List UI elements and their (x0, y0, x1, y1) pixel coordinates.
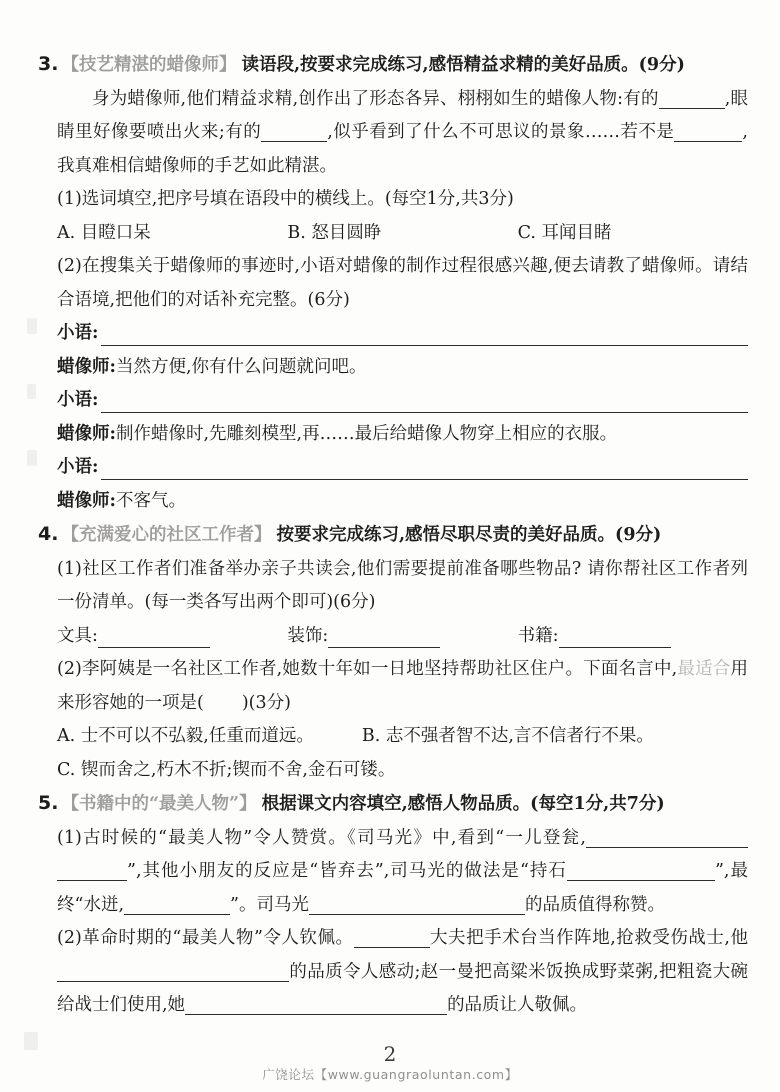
blank-line (57, 860, 127, 881)
answer-line (101, 317, 748, 346)
dialogue-row: 小语: (57, 384, 748, 418)
worksheet-page: 3.【技艺精湛的蜡像师】读语段,按要求完成练习,感悟精益求精的美好品质。(9分)… (0, 0, 780, 1092)
list-item-stationery: 文具: (57, 620, 287, 654)
dialogue-row: 蜡像师: 不客气。 (57, 485, 748, 519)
subquestion-2: (2)李阿姨是一名社区工作者,她数十年如一日地坚持帮助社区住户。下面名言中,最适… (57, 653, 748, 720)
question-3-stem: 3.【技艺精湛的蜡像师】读语段,按要求完成练习,感悟精益求精的美好品质。(9分) (38, 48, 748, 83)
list-label: 书籍: (518, 620, 559, 654)
site-credit: 广饶论坛【www.guangraoluntan.com】 (0, 1066, 780, 1084)
dialogue-text: 不客气。 (116, 485, 186, 519)
scan-artifact (27, 384, 36, 399)
option-c: C. 锲而舍之,朽木不折;锲而不舍,金石可镂。 (57, 754, 748, 788)
question-stem-text: 按要求完成练习,感悟尽职尽责的美好品质。(9分) (276, 525, 661, 545)
option-b: B. 怒目圆睁 (287, 217, 517, 251)
page-footer: 2 广饶论坛【www.guangraoluntan.com】 (0, 1042, 780, 1084)
page-content: 3.【技艺精湛的蜡像师】读语段,按要求完成练习,感悟精益求精的美好品质。(9分)… (38, 48, 748, 1023)
question-number: 3. (38, 53, 58, 75)
blank-line (57, 960, 289, 981)
speaker-label: 蜡像师: (57, 351, 116, 385)
blank-line (309, 893, 525, 914)
answer-line (559, 620, 671, 649)
dialogue-row: 蜡像师: 当然方便,你有什么问题就问吧。 (57, 351, 748, 385)
subquestion-2: (2)革命时期的“最美人物”令人钦佩。大夫把手术台当作阵地,抢救受伤战士,他的品… (57, 922, 748, 1023)
blank-line (586, 826, 748, 847)
subquestion-1: (1)选词填空,把序号填在语段中的横线上。(每空1分,共3分) (57, 183, 748, 217)
option-b: B. 志不强者智不达,言不信者行不果。 (362, 720, 654, 754)
answer-line (101, 451, 748, 480)
question-4-body: (1)社区工作者们准备举办亲子共读会,他们需要提前准备哪些物品? 请你帮社区工作… (57, 553, 748, 788)
subquestion-1: (1)古时候的“最美人物”令人赞赏。《司马光》中,看到“一儿登瓮,”,其他小朋友… (57, 822, 748, 923)
speaker-label: 小语: (57, 317, 98, 351)
reading-passage: 身为蜡像师,他们精益求精,创作出了形态各异、栩栩如生的蜡像人物:有的,眼睛里好像… (57, 83, 748, 184)
text-segment: ”。司马光 (230, 895, 309, 915)
text-segment: ,似乎看到了什么不可思议的景象……若不是 (327, 122, 674, 142)
question-5-body: (1)古时候的“最美人物”令人赞赏。《司马光》中,看到“一儿登瓮,”,其他小朋友… (57, 822, 748, 1023)
blank-line (185, 994, 447, 1015)
blank-line (124, 893, 230, 914)
list-label: 装饰: (287, 620, 328, 654)
text-segment: 最适合 (677, 659, 730, 679)
blank-line (261, 121, 327, 142)
text-segment: (2)革命时期的“最美人物”令人钦佩。 (57, 928, 354, 948)
blank-line (354, 927, 430, 948)
speaker-label: 小语: (57, 384, 98, 418)
paren-gap (204, 690, 242, 708)
blank-line (674, 121, 742, 142)
question-stem-text: 读语段,按要求完成练习,感悟精益求精的美好品质。(9分) (241, 55, 684, 75)
scan-artifact (27, 318, 37, 334)
option-c: C. 耳闻目睹 (518, 217, 748, 251)
answer-line (328, 620, 440, 649)
question-number: 4. (38, 523, 58, 545)
text-segment: 大夫把手术台当作阵地,抢救受伤战士,他 (430, 928, 749, 948)
speaker-label: 蜡像师: (57, 485, 116, 519)
scan-artifact (27, 450, 37, 466)
text-segment: 身为蜡像师,他们精益求精,创作出了形态各异、栩栩如生的蜡像人物:有的 (92, 89, 659, 109)
answer-line (101, 384, 748, 413)
question-5: 5.【书籍中的“最美人物”】根据课文内容填空,感悟人物品质。(每空1分,共7分)… (38, 787, 748, 1023)
list-item-books: 书籍: (518, 620, 748, 654)
option-a: A. 士不可以不弘毅,任重而道远。 (57, 720, 314, 754)
blank-line (659, 87, 725, 108)
text-segment: (1)古时候的“最美人物”令人赞赏。《司马光》中,看到“一儿登瓮, (57, 828, 586, 848)
question-5-stem: 5.【书籍中的“最美人物”】根据课文内容填空,感悟人物品质。(每空1分,共7分) (38, 787, 748, 822)
question-stem-text: 根据课文内容填空,感悟人物品质。(每空1分,共7分) (262, 794, 665, 814)
option-a: A. 目瞪口呆 (57, 217, 287, 251)
question-number: 5. (38, 792, 58, 814)
speaker-label: 蜡像师: (57, 418, 116, 452)
question-4-stem: 4.【充满爱心的社区工作者】按要求完成练习,感悟尽职尽责的美好品质。(9分) (38, 518, 748, 553)
list-label: 文具: (57, 620, 98, 654)
text-segment: ”,其他小朋友的反应是“皆弃去”,司马光的做法是“持石 (127, 861, 567, 881)
speaker-label: 小语: (57, 451, 98, 485)
question-tag: 【技艺精湛的蜡像师】 (61, 55, 236, 75)
dialogue-row: 蜡像师: 制作蜡像时,先雕刻模型,再……最后给蜡像人物穿上相应的衣服。 (57, 418, 748, 452)
text-segment: 的品质值得称赞。 (525, 895, 665, 915)
text-segment: )(3分) (242, 693, 291, 713)
dialogue-text: 当然方便,你有什么问题就问吧。 (116, 351, 367, 385)
supply-list-row: 文具: 装饰: 书籍: (57, 620, 748, 654)
answer-line (98, 620, 210, 649)
dialogue-row: 小语: (57, 317, 748, 351)
text-segment: (2)李阿姨是一名社区工作者,她数十年如一日地坚持帮助社区住户。下面名言中, (57, 659, 677, 679)
question-tag: 【书籍中的“最美人物”】 (61, 794, 256, 814)
word-options-row: A. 目瞪口呆 B. 怒目圆睁 C. 耳闻目睹 (57, 217, 748, 251)
subquestion-1: (1)社区工作者们准备举办亲子共读会,他们需要提前准备哪些物品? 请你帮社区工作… (57, 553, 748, 620)
question-3: 3.【技艺精湛的蜡像师】读语段,按要求完成练习,感悟精益求精的美好品质。(9分)… (38, 48, 748, 518)
text-segment: 的品质让人敬佩。 (447, 995, 587, 1015)
question-3-body: 身为蜡像师,他们精益求精,创作出了形态各异、栩栩如生的蜡像人物:有的,眼睛里好像… (57, 83, 748, 519)
dialogue-text: 制作蜡像时,先雕刻模型,再……最后给蜡像人物穿上相应的衣服。 (116, 418, 617, 452)
subquestion-2: (2)在搜集关于蜡像师的事迹时,小语对蜡像的制作过程很感兴趣,便去请教了蜡像师。… (57, 250, 748, 317)
quote-options-row: A. 士不可以不弘毅,任重而道远。 B. 志不强者智不达,言不信者行不果。 (57, 720, 748, 754)
dialogue-row: 小语: (57, 451, 748, 485)
list-item-decoration: 装饰: (287, 620, 517, 654)
question-tag: 【充满爱心的社区工作者】 (61, 525, 271, 545)
blank-line (567, 860, 715, 881)
page-number: 2 (0, 1042, 780, 1066)
question-4: 4.【充满爱心的社区工作者】按要求完成练习,感悟尽职尽责的美好品质。(9分) (… (38, 518, 748, 787)
